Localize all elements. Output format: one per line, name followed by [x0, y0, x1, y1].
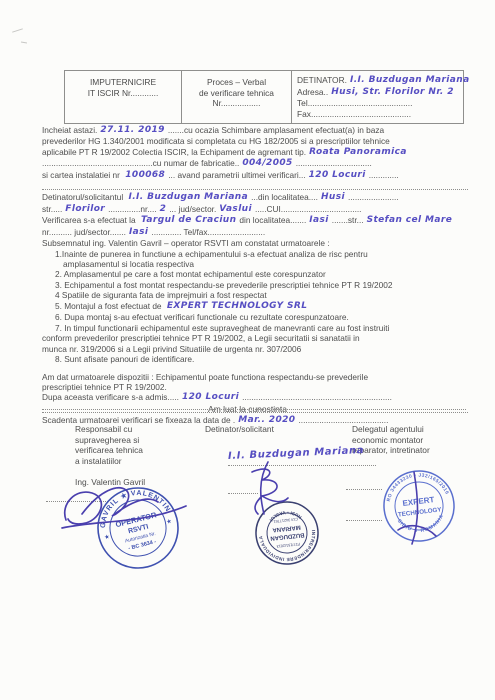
- finding-item-4: 4 Spatiile de siguranta fata de imprejmu…: [42, 290, 468, 300]
- typed-text: ... avand parametrii ultimei verificari.…: [168, 170, 305, 180]
- stamp-registry-number: F27/151/2013: [276, 542, 300, 548]
- scanned-document-page: IMPUTERNICIRE IT ISCIR Nr............ Pr…: [0, 0, 495, 700]
- scan-artifact: [12, 28, 23, 32]
- intro-line-5: si cartea instalatiei nr 100068... avand…: [42, 170, 468, 181]
- imputernicire-label: IMPUTERNICIRE: [68, 77, 178, 88]
- disposition-line-1: Am dat urmatoarele dispozitii : Echipame…: [42, 372, 468, 382]
- dotted-separator: [42, 409, 466, 410]
- typed-text: Incheiat astazi.: [42, 125, 97, 135]
- handwritten-street-number: 2: [160, 204, 167, 214]
- document-body: Incheiat astazi.27.11. 2019.......cu oca…: [42, 125, 468, 426]
- adresa-row: Adresa..Husi, Str. Florilor Nr. 2: [297, 87, 460, 99]
- intro-line-8: Verificarea s-a efectuat la Targul de Cr…: [42, 215, 468, 226]
- finding-item-1a: 1.Inainte de punerea in functiune a echi…: [42, 249, 468, 259]
- adresa-handwritten-value: Husi, Str. Florilor Nr. 2: [331, 87, 454, 97]
- typed-text: str.....: [42, 204, 62, 214]
- deadline-line: Scadenta urmatoarei verificari se fixeaz…: [42, 415, 468, 426]
- dotted-signature-line: [346, 520, 382, 521]
- typed-text: Dupa aceasta verificare s-a admis.....: [42, 392, 179, 402]
- handwritten-verification-street: Stefan cel Mare: [367, 215, 453, 225]
- finding-item-2: 2. Amplasamentul pe care a fost montat e…: [42, 269, 468, 279]
- typed-text: ............. Tel/fax...................…: [151, 227, 265, 237]
- intro-line-9: nr.......... jud/sector.......Iasi......…: [42, 227, 468, 238]
- adresa-label: Adresa..: [297, 87, 328, 97]
- handwritten-book-number: 100068: [125, 170, 165, 180]
- disposition-line-2: prescriptiei tehnice PT R 19/2002.: [42, 382, 468, 392]
- imputernicire-number: IT ISCIR Nr............: [68, 88, 178, 99]
- intro-line-10: Subsemnatul ing. Valentin Gavril – opera…: [42, 238, 468, 248]
- disposition-line-3: Dupa aceasta verificare s-a admis.....12…: [42, 392, 468, 403]
- holder-signature: [238, 458, 294, 520]
- handwritten-holder-name: I.I. Buzdugan Mariana: [128, 192, 248, 202]
- dotted-separator: [42, 181, 468, 190]
- stamp-center-text: MARIANA: [271, 524, 300, 533]
- typed-text: si cartea instalatiei nr: [42, 170, 122, 180]
- finding-item-1b: amplasamentul si locatia respectiva: [42, 259, 468, 269]
- typed-text: din localitatea.......: [239, 215, 306, 225]
- detinator-row: DETINATOR.I.I. Buzdugan Mariana: [297, 75, 460, 87]
- finding-item-7b: conform prevederilor prescriptiei tehnic…: [42, 333, 468, 343]
- typed-text: ......................: [348, 192, 399, 202]
- intro-line-2: prevederilor HG 1.340/2001 modificata si…: [42, 136, 468, 146]
- typed-text: ...din localitatea....: [251, 192, 318, 202]
- handwritten-county: Vaslui: [219, 204, 252, 214]
- handwritten-verification-place: Targul de Craciun: [141, 215, 236, 225]
- detinator-label: DETINATOR.: [297, 75, 347, 85]
- finding-item-6: 6. Dupa montaj s-au efectuat verificari …: [42, 312, 468, 322]
- column-head-responsible: Responsabil cu supravegherea si verifica…: [75, 424, 195, 466]
- typed-text: .......................................: [298, 415, 388, 425]
- intro-line-4: ........................................…: [42, 158, 468, 169]
- intro-line-1: Incheiat astazi.27.11. 2019.......cu oca…: [42, 125, 468, 136]
- handwritten-next-verification-date: Mar.. 2020: [238, 415, 295, 425]
- fax-row: Fax.....................................…: [297, 109, 460, 120]
- typed-text: Verificarea s-a efectuat la: [42, 215, 138, 225]
- finding-item-8: 8. Sunt afisate panouri de identificare.: [42, 354, 468, 364]
- typed-text: ..............nr....: [108, 204, 156, 214]
- handwritten-installer-name: EXPERT TECHNOLOGY SRL: [167, 301, 308, 311]
- header-cell-detinator: DETINATOR.I.I. Buzdugan Mariana Adresa..…: [291, 71, 463, 123]
- intro-line-6: Detinatorul/solicitantul I.I. Buzdugan M…: [42, 192, 468, 203]
- typed-text: aplicabile PT R 19/2002 Colectia ISCIR, …: [42, 147, 306, 157]
- typed-text: .............: [369, 170, 399, 180]
- typed-text: 5. Montajul a fost efectuat de: [55, 301, 164, 311]
- finding-item-7a: 7. In timpul functionarii echipamentul e…: [42, 323, 468, 333]
- montator-signature: [392, 468, 444, 548]
- handwritten-fabrication-number: 004/2005: [242, 158, 292, 168]
- header-cell-imputernicire: IMPUTERNICIRE IT ISCIR Nr............: [65, 71, 181, 123]
- header-cell-title: Proces – Verbal de verificare tehnica Nr…: [181, 71, 291, 123]
- typed-text: Scadenta urmatoarei verificari se fixeaz…: [42, 415, 235, 425]
- column-head-delegate: Delegatul agentului economic montator re…: [352, 424, 467, 456]
- intro-line-7: str.....Florilor..............nr....2...…: [42, 204, 468, 215]
- typed-text: ... jud/sector.: [169, 204, 216, 214]
- typed-text: ........................................…: [242, 392, 392, 402]
- typed-text: .......str...: [332, 215, 364, 225]
- typed-text: nr.......... jud/sector.......: [42, 227, 126, 237]
- scan-artifact: [21, 41, 27, 43]
- typed-text: .......cu ocazia Schimbare amplasament e…: [168, 125, 384, 135]
- finding-item-3: 3. Echipamentul a fost montat respectand…: [42, 280, 468, 290]
- finding-item-7c: munca nr. 319/2006 si a Legii privind Si…: [42, 344, 468, 354]
- handwritten-admitted-capacity: 120 Locuri: [182, 392, 239, 402]
- typed-text: Detinatorul/solicitantul: [42, 192, 125, 202]
- handwritten-sector: Iasi: [129, 227, 148, 237]
- handwritten-date: 27.11. 2019: [100, 125, 164, 135]
- document-title-line1: Proces – Verbal: [185, 77, 288, 88]
- handwritten-parameters: 120 Locuri: [309, 170, 366, 180]
- inspector-signature: [58, 480, 193, 542]
- handwritten-verification-locality: Iasi: [309, 215, 328, 225]
- handwritten-street: Florilor: [65, 204, 105, 214]
- document-title-line3: Nr.................: [185, 98, 288, 109]
- typed-text: .....CUI................................…: [255, 204, 362, 214]
- document-title-line2: de verificare tehnica: [185, 88, 288, 99]
- header-table: IMPUTERNICIRE IT ISCIR Nr............ Pr…: [64, 70, 464, 124]
- handwritten-equipment-type: Roata Panoramica: [309, 147, 407, 157]
- typed-text: .................................: [296, 158, 372, 168]
- tel-row: Tel.....................................…: [297, 98, 460, 109]
- detinator-handwritten-value: I.I. Buzdugan Mariana: [350, 75, 470, 85]
- intro-line-3: aplicabile PT R 19/2002 Colectia ISCIR, …: [42, 147, 468, 158]
- typed-text: ........................................…: [42, 158, 239, 168]
- handwritten-locality: Husi: [321, 192, 345, 202]
- finding-item-5: 5. Montajul a fost efectuat de EXPERT TE…: [42, 301, 468, 312]
- dotted-signature-line: [346, 489, 382, 490]
